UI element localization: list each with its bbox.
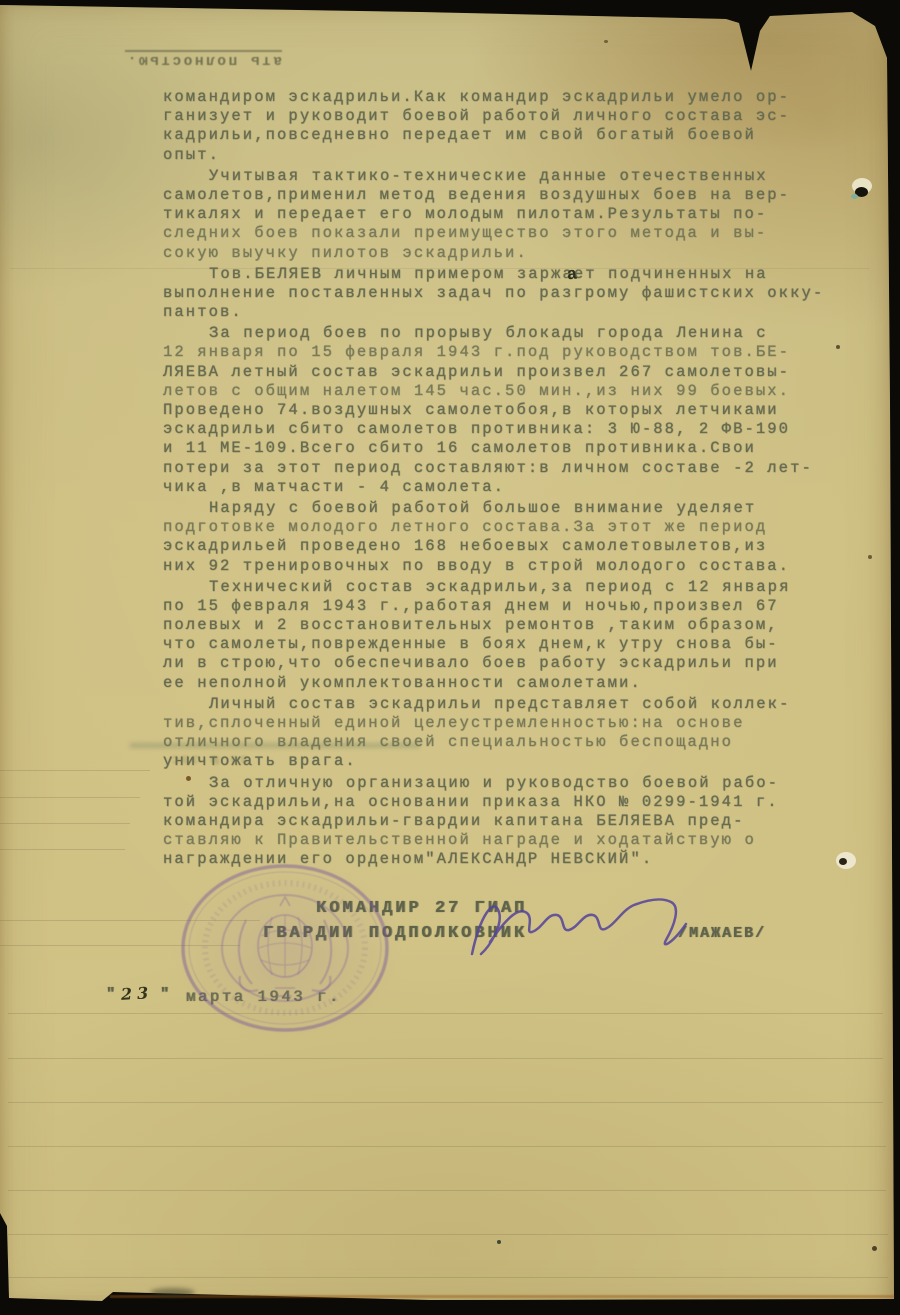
text-line: следних боев показали преимущество этого… [163,224,875,243]
ruled-line [8,1058,883,1059]
text-line: той эскадрильи,на основании приказа НКО … [163,793,875,812]
text-line: тив,сплоченный единой целеустремленность… [163,714,875,733]
text-line: самолетов,применил метод ведения воздушн… [163,186,875,205]
text-line: ЛЯЕВА летный состав эскадрильи произвел … [163,363,875,382]
ruled-line [8,1234,888,1235]
text-line: ставляю к Правительственной награде и хо… [163,831,875,850]
paragraph-4: За период боев по прорыву блокады города… [163,324,875,497]
text-line: ее неполной укомплектованности самолетам… [163,674,875,693]
ink-smudge [150,1288,195,1297]
paper-speck [604,40,608,43]
paragraph-2: Учитывая тактико-технические данные отеч… [163,167,875,263]
text-line: Учитывая тактико-технические данные отеч… [163,167,875,186]
text-line: За период боев по прорыву блокады города… [163,324,875,343]
handwritten-correction-letter: а [566,266,578,286]
text-line: по 15 февраля 1943 г.,работая днем и ноч… [163,597,875,616]
paragraph-3: Тов.БЕЛЯЕВ личным примером заржает подчи… [163,265,875,323]
paper-speck [836,345,840,349]
paragraph-1: командиром эскадрильи.Как командир эскад… [163,88,875,165]
text-line: пантов. [163,303,875,322]
ruled-line [0,823,130,824]
ruled-line [8,1277,888,1278]
torn-hole-fleck [851,194,858,199]
signature-ink [462,882,702,974]
text-line: командиром эскадрильи.Как командир эскад… [163,88,875,107]
text-line: них 92 тренировочных по вводу в строй мо… [163,557,875,576]
paper-speck [186,776,191,781]
paragraph-5: Наряду с боевой работой большое внимание… [163,499,875,576]
paragraph-7: Личный состав эскадрильи представляет со… [163,695,875,772]
ruled-line [0,770,150,771]
paper-bottom-edge [110,1295,894,1298]
text-line: Наряду с боевой работой большое внимание… [163,499,875,518]
ruled-line [8,1013,883,1014]
text-line: сокую выучку пилотов эскадрильи. [163,244,875,263]
text-line: летов с общим налетом 145 час.50 мин.,из… [163,382,875,401]
paper-speck [497,1240,501,1244]
soviet-emblem-icon [183,866,387,1030]
text-line: ли в строю,что обеспечивало боев работу … [163,654,875,673]
text-line: что самолеты,поврежденные в боях днем,к … [163,635,875,654]
torn-hole-shadow [839,858,847,865]
text-line: кадрильи,повседневно передает им свой бо… [163,126,875,145]
scanner-background: ать полностью. за № зас командиром эскад… [0,0,900,1315]
text-line: потери за этот период составляют:в лично… [163,459,875,478]
text-line: эскадрильей проведено 168 небоевых самол… [163,537,875,556]
typed-text-block: командиром эскадрильи.Как командир эскад… [163,88,875,872]
text-line: отличного владения своей специальностью … [163,733,875,752]
text-line: За отличную организацию и руководство бо… [163,774,875,793]
paragraph-6: Технический состав эскадрильи,за период … [163,578,875,693]
text-line: и 11 МЕ-109.Всего сбито 16 самолетов про… [163,439,875,458]
text-line: подготовке молодого летного состава.За э… [163,518,875,537]
ruled-line [0,849,125,850]
ruled-line [0,797,140,798]
text-line: выполнение поставленных задач по разгром… [163,284,875,303]
text-line: командира эскадрильи-гвардии капитана БЕ… [163,812,875,831]
text-line: Тов.БЕЛЯЕВ личным примером заржает подчи… [163,265,875,284]
text-line: полевых и 2 восстановительных ремонтов ,… [163,616,875,635]
text-line: Личный состав эскадрильи представляет со… [163,695,875,714]
text-line: Технический состав эскадрильи,за период … [163,578,875,597]
text-line: 12 января по 15 февраля 1943 г.под руков… [163,343,875,362]
reversed-ink-offset-text: ать полностью. [52,52,282,68]
text-line: эскадрильи сбито самолетов противника: 3… [163,420,875,439]
text-line: ганизует и руководит боевой работой личн… [163,107,875,126]
text-line: чика ,в матчасти - 4 самолета. [163,478,875,497]
official-round-stamp [168,856,404,1042]
text-line: Проведено 74.воздушных самолетобоя,в кот… [163,401,875,420]
handwritten-day: 23 [121,983,154,1004]
text-line: уничтожать врага. [163,752,875,771]
ruled-line [8,1102,883,1103]
paper-speck [868,555,872,559]
paper-speck [872,1246,877,1251]
ruled-line [8,1146,886,1147]
text-line: тикалях и передает его молодым пилотам.Р… [163,205,875,224]
date-open-quote: " [106,986,118,1003]
ruled-line [8,1190,886,1191]
text-line: опыт. [163,146,875,165]
